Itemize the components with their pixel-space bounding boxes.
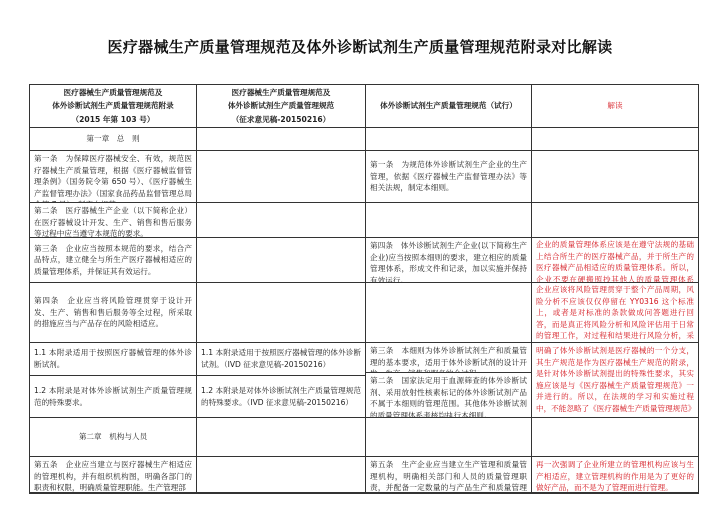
row1-col3: 第一条 为规范体外诊断试剂生产企业的生产管理，依据《医疗器械生产监督管理办法》等… [365,150,532,203]
header-col1-line3: （2015 年第 103 号） [72,113,155,127]
row7-col4 [531,417,699,457]
row8-col1: 第五条 企业应当建立与医疗器械生产相适应的管理机构，并有组织机构图，明确各部门的… [29,456,197,494]
row1-col1: 第一条 为保障医疗器械安全、有效，规范医疗器械生产质量管理，根据《医疗器械监督管… [29,150,197,203]
header-col1-line1: 医疗器械生产质量管理规范及 [64,86,163,100]
row2-col3 [365,202,532,238]
row0-col4 [531,127,699,151]
row4-col4-interpretation: 企业应该将风险管理贯穿于整个产品周期，风险分析不应该仅仅停留在 YY0316 这… [531,282,699,343]
row4-col3 [365,282,532,343]
row5-col2: 1.1 本附录适用于按照医疗器械管理的体外诊断试剂。（IVD 征求意见稿-201… [196,342,366,376]
header-col2-line2: 体外诊断试剂生产质量管理规范 [228,99,334,113]
header-col2-line3: （征求意见稿-20150216） [232,113,331,127]
row1-col4 [531,150,699,203]
row4-col1: 第四条 企业应当将风险管理贯穿于设计开发、生产、销售和售后服务等全过程，所采取的… [29,282,197,343]
row6-col3: 第二条 国家法定用于血源筛查的体外诊断试剂、采用放射性核素标记的体外诊断试剂产品… [365,372,532,418]
header-col2: 医疗器械生产质量管理规范及 体外诊断试剂生产质量管理规范 （征求意见稿-2015… [196,84,366,128]
row6-col1: 1.2 本附录是对体外诊断试剂生产质量管理规范的特殊要求。 [29,375,197,418]
row0-col2 [196,127,366,151]
row2-col4 [531,202,699,238]
row8-col3: 第五条 生产企业应当建立生产管理和质量管理机构，明确相关部门和人员的质量管理职责… [365,456,532,494]
document-title: 医疗器械生产质量管理规范及体外诊断试剂生产质量管理规范附录对比解读 [0,36,720,57]
row0-col3 [365,127,532,151]
row8-col2 [196,456,366,494]
row8-col4-interpretation: 再一次强调了企业所建立的管理机构应该与生产相适应，建立管理机构的作用是为了更好的… [531,456,699,494]
chapter-1-heading: 第一章 总 则 [29,127,197,151]
header-col3: 体外诊断试剂生产质量管理规范（试行） [365,84,532,128]
chapter-2-heading: 第二章 机构与人员 [29,417,197,457]
row5-col1: 1.1 本附录适用于按照医疗器械管理的体外诊断试剂。 [29,342,197,376]
row3-col1: 第三条 企业应当按照本规范的要求，结合产品特点，建立健全与所生产医疗器械相适应的… [29,237,197,283]
header-col4-interpretation: 解读 [531,84,699,128]
row4-col2 [196,282,366,343]
header-col1: 医疗器械生产质量管理规范及 体外诊断试剂生产质量管理规范附录 （2015 年第 … [29,84,197,128]
comparison-table: 医疗器械生产质量管理规范及 体外诊断试剂生产质量管理规范附录 （2015 年第 … [29,84,699,506]
header-col1-line2: 体外诊断试剂生产质量管理规范附录 [52,99,174,113]
row5-col3: 第三条 本细则为体外诊断试剂生产和质量管理的基本要求，适用于体外诊断试剂的设计开… [365,342,532,373]
row3-col3: 第四条 体外诊断试剂生产企业(以下简称生产企业)应当按照本细则的要求，建立相应的… [365,237,532,283]
row7-col2 [196,417,366,457]
row6-col2: 1.2 本附录是对体外诊断试剂生产质量管理规范的特殊要求。（IVD 征求意见稿-… [196,375,366,418]
row3-col4-interpretation: 企业的质量管理体系应该是在遵守法规的基础上结合所生产的医疗器械产品，并于所生产的… [531,237,699,283]
row5-col4-interpretation: 明确了体外诊断试剂是医疗器械的一个分支，其生产规范是作为医疗器械生产规范的附录，… [531,342,699,418]
row2-col2 [196,202,366,238]
row2-col1: 第二条 医疗器械生产企业（以下简称企业）在医疗器械设计开发、生产、销售和售后服务… [29,202,197,238]
row3-col2 [196,237,366,283]
row1-col2 [196,150,366,203]
row7-col3 [365,417,532,457]
header-col2-line1: 医疗器械生产质量管理规范及 [232,86,331,100]
